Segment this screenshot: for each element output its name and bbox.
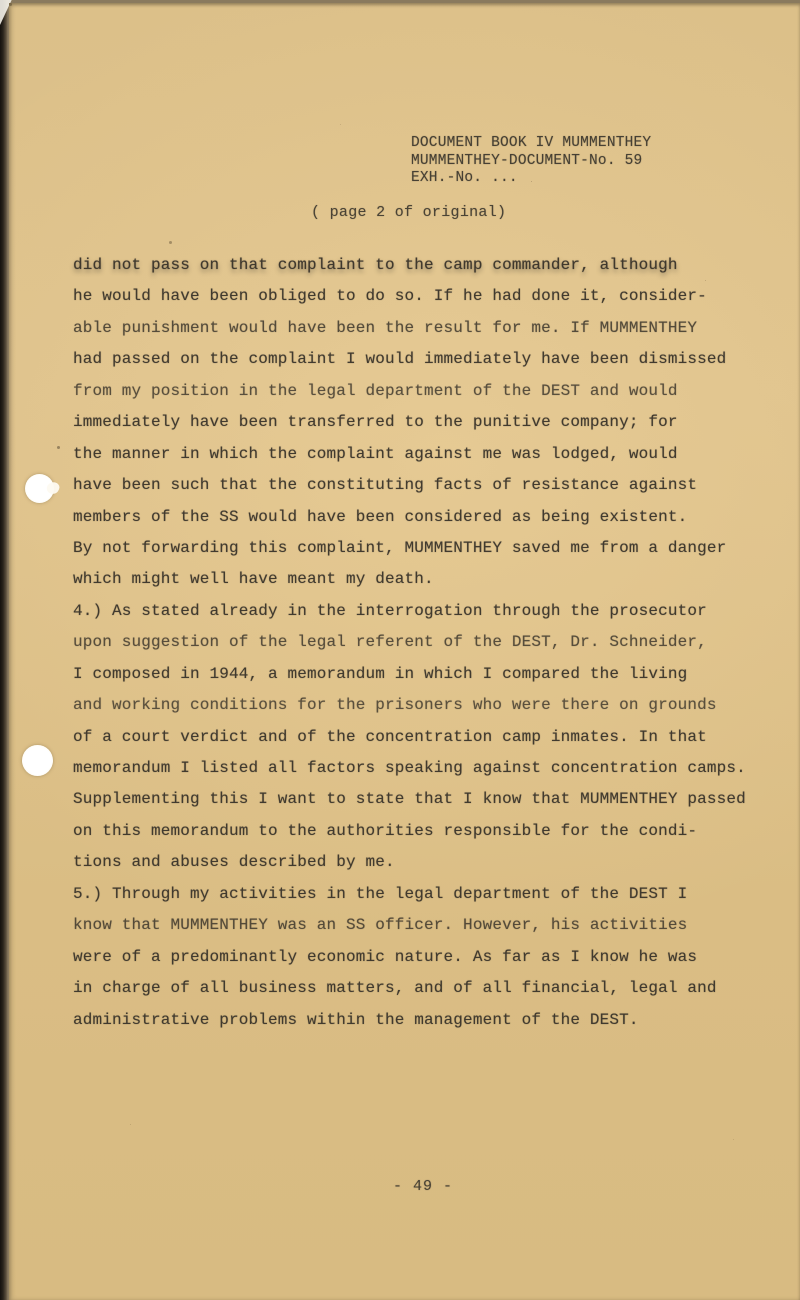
body-line: able punishment would have been the resu… bbox=[73, 313, 773, 344]
scan-background: DOCUMENT BOOK IV MUMMENTHEYMUMMENTHEY-DO… bbox=[0, 0, 800, 1300]
body-line: By not forwarding this complaint, MUMMEN… bbox=[73, 533, 773, 564]
body-line: tions and abuses described by me. bbox=[73, 847, 773, 878]
body-line: Supplementing this I want to state that … bbox=[73, 784, 773, 815]
body-line: administrative problems within the manag… bbox=[73, 1005, 773, 1036]
body-line: the manner in which the complaint agains… bbox=[73, 439, 773, 470]
body-line: did not pass on that complaint to the ca… bbox=[73, 250, 773, 281]
body-line: 5.) Through my activities in the legal d… bbox=[73, 879, 773, 910]
hole-punch-top bbox=[25, 474, 54, 503]
body-line: have been such that the constituting fac… bbox=[73, 470, 773, 501]
body-line: immediately have been transferred to the… bbox=[73, 407, 773, 438]
body-line: from my position in the legal department… bbox=[73, 376, 773, 407]
body-line: he would have been obliged to do so. If … bbox=[73, 281, 773, 312]
page-number: - 49 - bbox=[393, 1178, 453, 1195]
hole-punch-bottom bbox=[22, 745, 53, 776]
header-line: MUMMENTHEY-DOCUMENT-No. 59 bbox=[411, 153, 771, 171]
document-page: DOCUMENT BOOK IV MUMMENTHEYMUMMENTHEY-DO… bbox=[9, 3, 800, 1300]
body-line: on this memorandum to the authorities re… bbox=[73, 816, 773, 847]
body-line: memorandum I listed all factors speaking… bbox=[73, 753, 773, 784]
body-line: members of the SS would have been consid… bbox=[73, 502, 773, 533]
body-line: had passed on the complaint I would imme… bbox=[73, 344, 773, 375]
document-header: DOCUMENT BOOK IV MUMMENTHEYMUMMENTHEY-DO… bbox=[411, 135, 771, 188]
body-line: know that MUMMENTHEY was an SS officer. … bbox=[73, 910, 773, 941]
body-line: upon suggestion of the legal referent of… bbox=[73, 627, 773, 658]
body-line: which might well have meant my death. bbox=[73, 564, 773, 595]
body-line: of a court verdict and of the concentrat… bbox=[73, 722, 773, 753]
header-line: EXH.-No. ... bbox=[411, 170, 771, 188]
body-line: in charge of all business matters, and o… bbox=[73, 973, 773, 1004]
page-subtitle: ( page 2 of original) bbox=[311, 204, 506, 221]
document-body: did not pass on that complaint to the ca… bbox=[73, 250, 773, 1036]
header-line: DOCUMENT BOOK IV MUMMENTHEY bbox=[411, 135, 771, 153]
body-line: and working conditions for the prisoners… bbox=[73, 690, 773, 721]
body-line: 4.) As stated already in the interrogati… bbox=[73, 596, 773, 627]
body-line: I composed in 1944, a memorandum in whic… bbox=[73, 659, 773, 690]
body-line: were of a predominantly economic nature.… bbox=[73, 942, 773, 973]
